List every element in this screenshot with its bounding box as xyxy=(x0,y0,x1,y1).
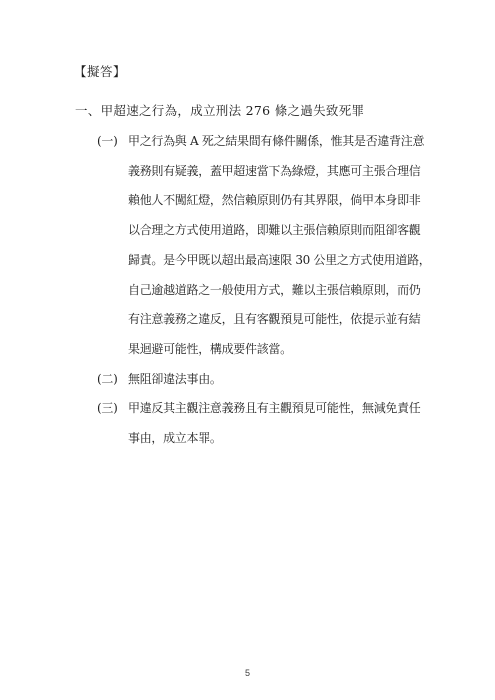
answer-item-1: (一) 甲之行為與 A 死之結果間有條件關係，惟其是否違背注意 義務則有疑義，蓋… xyxy=(97,127,427,365)
item-marker-3: (三) xyxy=(97,394,128,424)
text-line: 義務則有疑義，蓋甲超速當下為綠燈，其應可主張合理信 xyxy=(128,157,427,187)
answer-item-3: (三) 甲違反其主觀注意義務且有主觀預見可能性，無減免責任 事由，成立本罪。 xyxy=(97,394,427,453)
answer-body: (一) 甲之行為與 A 死之結果間有條件關係，惟其是否違背注意 義務則有疑義，蓋… xyxy=(97,127,427,454)
text-line: 無阻卻違法事由。 xyxy=(128,365,427,395)
text-line: 以合理之方式使用道路，即難以主張信賴原則而阻卻客觀 xyxy=(128,216,427,246)
page-number: 5 xyxy=(0,666,495,680)
item-text-1: 甲之行為與 A 死之結果間有條件關係，惟其是否違背注意 義務則有疑義，蓋甲超速當… xyxy=(128,127,427,365)
text-line: 有注意義務之違反，且有客觀預見可能性，依提示並有結 xyxy=(128,305,427,335)
document-page: 【擬答】 一、甲超速之行為，成立刑法 276 條之過失致死罪 (一) 甲之行為與… xyxy=(0,0,495,700)
answer-section-label: 【擬答】 xyxy=(74,62,126,82)
item-text-3: 甲違反其主觀注意義務且有主觀預見可能性，無減免責任 事由，成立本罪。 xyxy=(128,394,427,453)
text-line: 賴他人不闖紅燈，然信賴原則仍有其界限，倘甲本身即非 xyxy=(128,186,427,216)
question-heading: 一、甲超速之行為，成立刑法 276 條之過失致死罪 xyxy=(75,101,364,121)
text-line: 事由，成立本罪。 xyxy=(128,424,427,454)
item-marker-2: (二) xyxy=(97,365,128,395)
text-line: 甲之行為與 A 死之結果間有條件關係，惟其是否違背注意 xyxy=(128,127,427,157)
text-line: 歸責。是今甲既以超出最高速限 30 公里之方式使用道路， xyxy=(128,246,427,276)
text-line: 果迴避可能性，構成要件該當。 xyxy=(128,335,427,365)
answer-item-2: (二) 無阻卻違法事由。 xyxy=(97,365,427,395)
text-line: 甲違反其主觀注意義務且有主觀預見可能性，無減免責任 xyxy=(128,394,427,424)
text-line: 自己逾越道路之一般使用方式，難以主張信賴原則，而仍 xyxy=(128,276,427,306)
item-text-2: 無阻卻違法事由。 xyxy=(128,365,427,395)
item-marker-1: (一) xyxy=(97,127,128,157)
